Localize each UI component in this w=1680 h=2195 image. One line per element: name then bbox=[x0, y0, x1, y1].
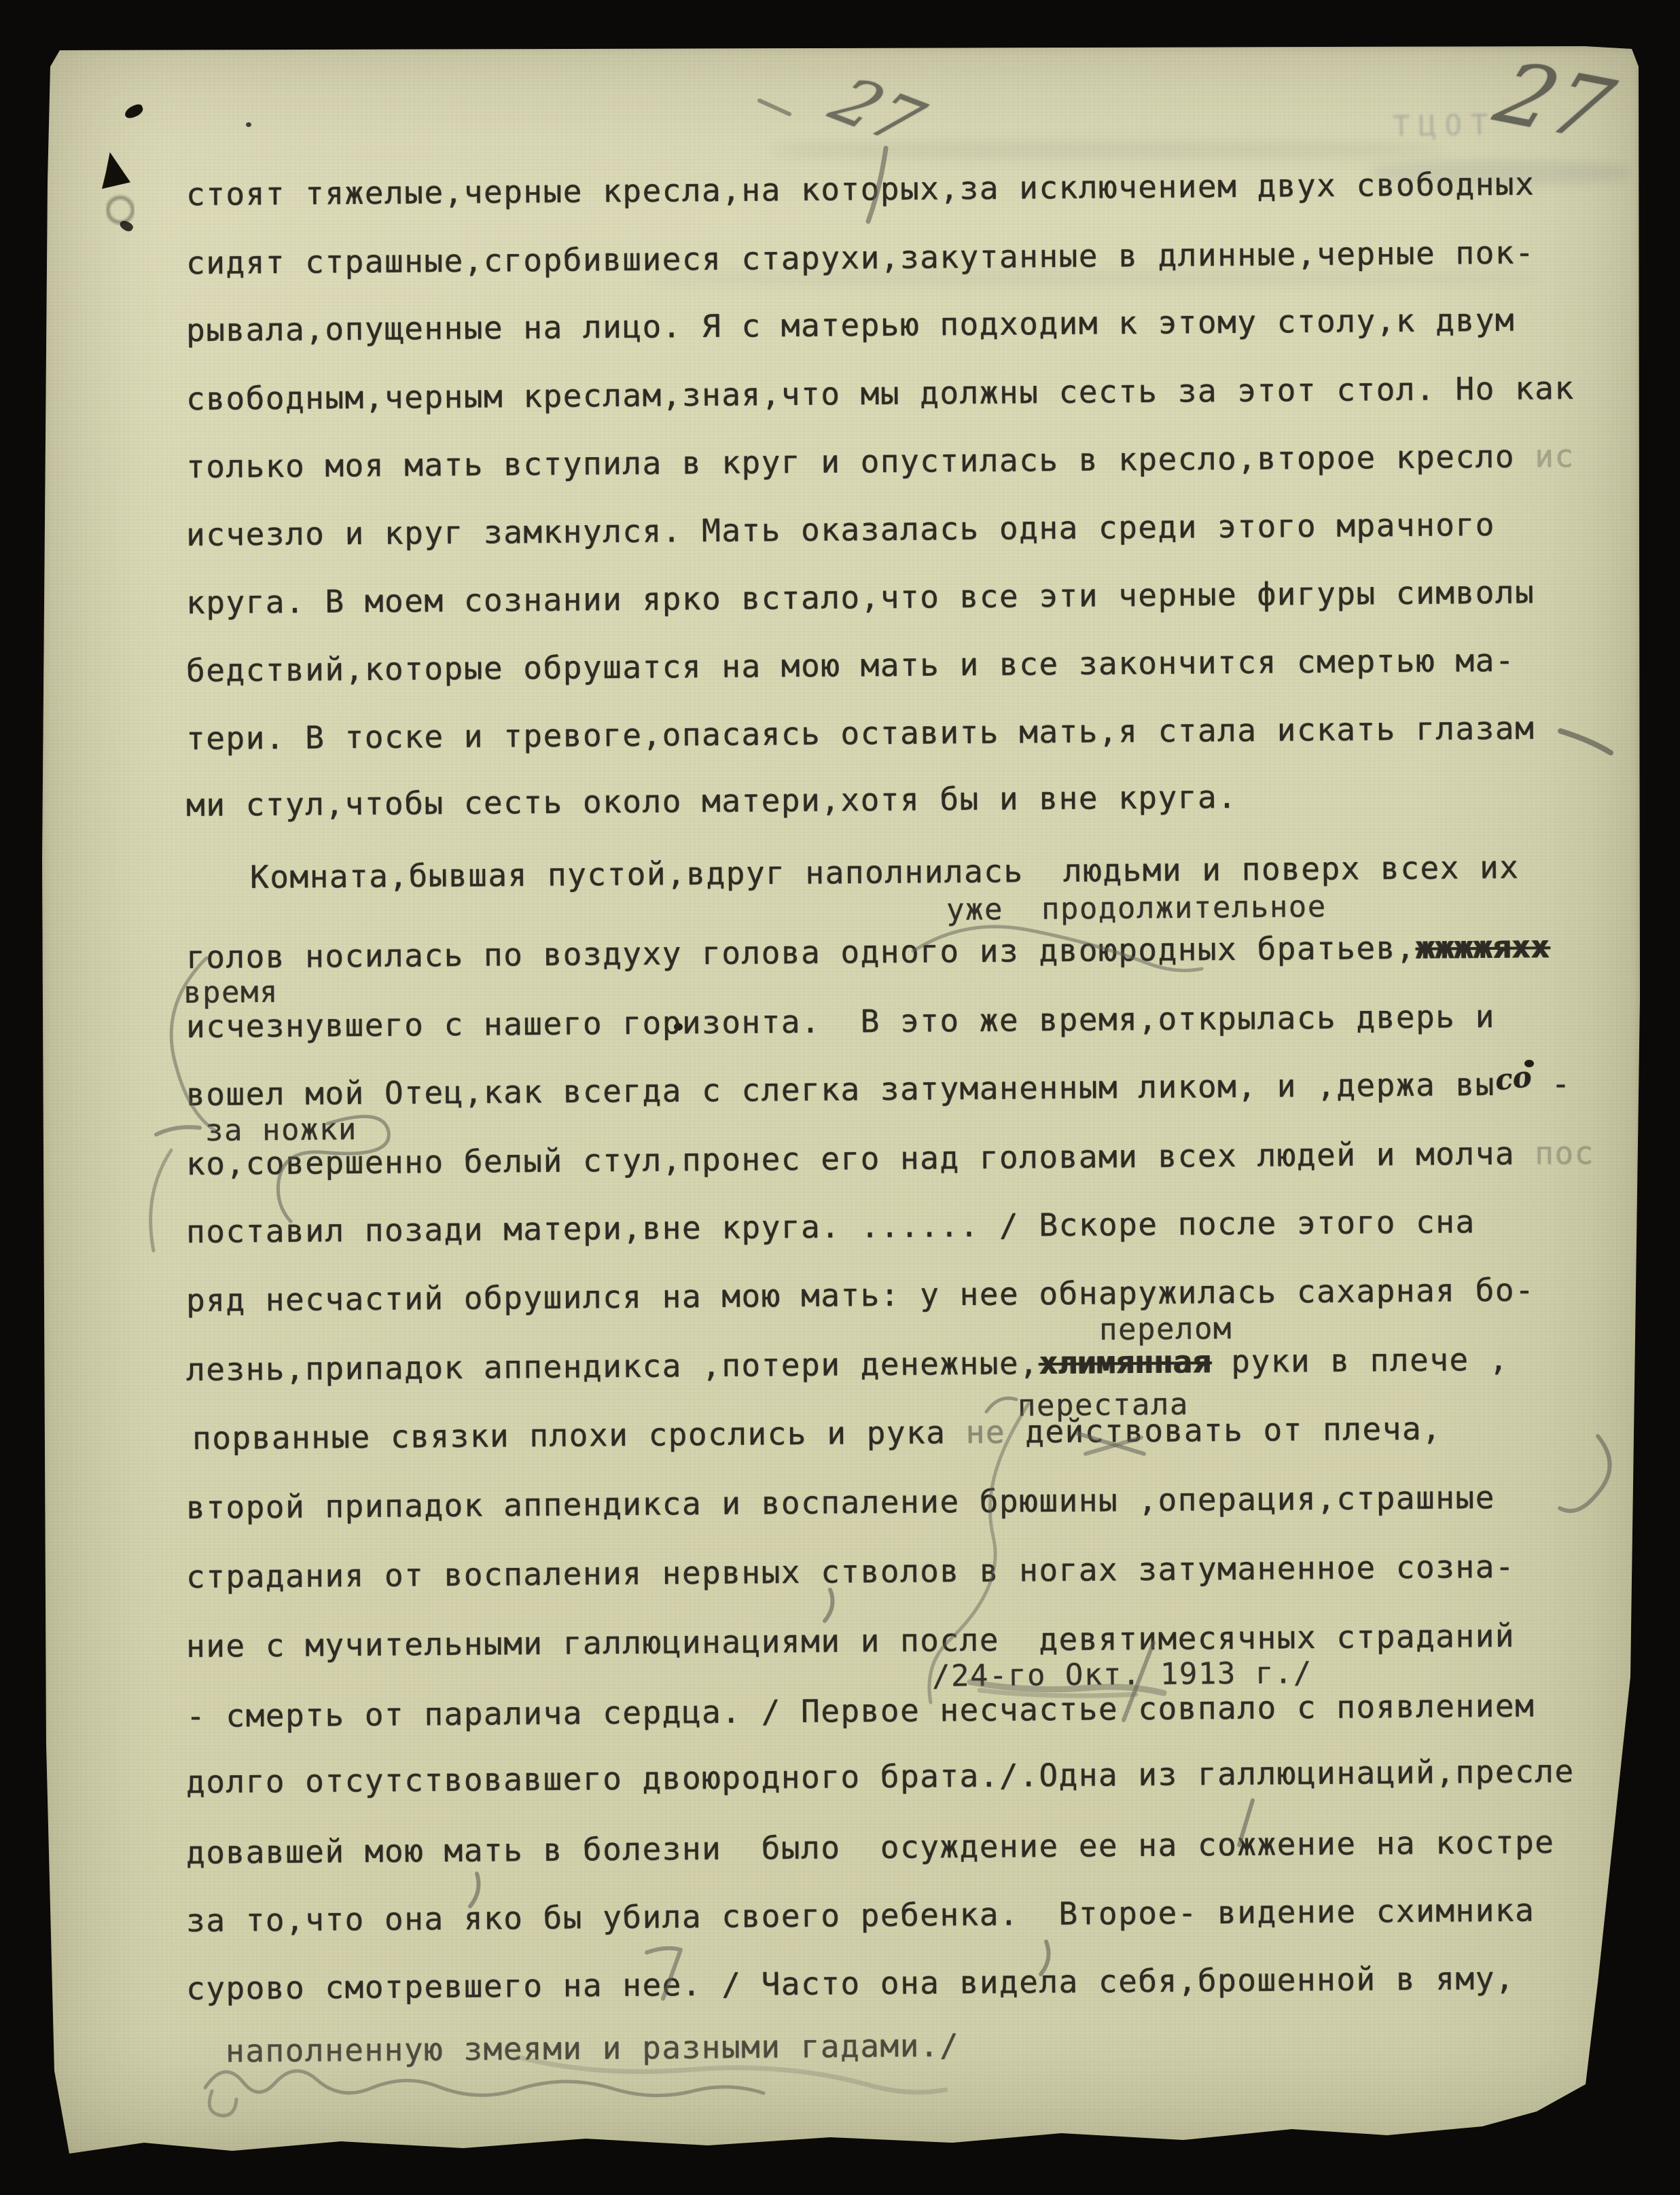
typed-line-15: ко,совершенно белый стул,пронес его над … bbox=[186, 1137, 1594, 1179]
insertion-legs: за ножки bbox=[205, 1115, 357, 1146]
typed-line-26: за то,что она яко бы убила своего ребенк… bbox=[186, 1894, 1535, 1936]
typed-line-10: ми стул,чтобы сесть около матери,хотя бы… bbox=[186, 781, 1238, 821]
typed-line-2: сидят страшные,сгорбившиеся старухи,заку… bbox=[186, 236, 1535, 279]
pencil-dash-after-glazam bbox=[1560, 731, 1611, 753]
insertion-duration: уже продолжительное bbox=[946, 892, 1327, 925]
typed-strikeout: хлимянная bbox=[1039, 1343, 1211, 1381]
typed-line-8: бедствий,которые обрушатся на мою мать и… bbox=[186, 645, 1515, 686]
typed-line-16: поставил позади матери,вне круга. ......… bbox=[186, 1206, 1476, 1247]
pencil-scribble-bottom-3 bbox=[209, 2091, 236, 2116]
ink-blot-ring bbox=[106, 194, 135, 226]
ink-blot-comma bbox=[123, 103, 145, 120]
pencil-tick-top bbox=[759, 101, 789, 114]
ghost-stamp: ТЦОТ bbox=[1393, 108, 1497, 143]
typed-line-9: тери. В тоске и тревоге,опасаясь оставит… bbox=[186, 712, 1535, 754]
typed-line-24: долго отсутствовавшего двоюродного брата… bbox=[186, 1755, 1575, 1798]
pencil-curl-left-margin bbox=[151, 1150, 171, 1251]
pencil-caret-perestala bbox=[986, 1398, 1016, 1412]
insertion-time: время bbox=[183, 978, 279, 1008]
typed-line-4: свободным,черным креслам,зная,что мы дол… bbox=[186, 372, 1575, 414]
paper-sheet: 27 27 ТЦОТ стоят тяжелые,черные кресла,н… bbox=[42, 46, 1640, 2158]
pencil-scribble-bottom-1 bbox=[205, 2071, 764, 2095]
typed-line-3: рывала,опущенные на лицо. Я с матерью по… bbox=[186, 304, 1515, 346]
typed-line-5: только моя мать вступила в круг и опусти… bbox=[186, 440, 1575, 482]
pencil-swirl-plecha bbox=[1560, 1436, 1610, 1511]
typed-strikeout: жжжжяхх bbox=[1416, 928, 1550, 966]
faint-line-tail: пос bbox=[1535, 1135, 1594, 1172]
typed-line-1: стоят тяжелые,черные кресла,на которых,з… bbox=[186, 168, 1535, 210]
insertion-fracture: перелом bbox=[1099, 1314, 1232, 1345]
page-number-center: 27 bbox=[817, 64, 937, 159]
insertion-date: /24-го Окт. 1913 г./ bbox=[932, 1658, 1312, 1692]
typed-line-20: второй припадок аппендикса и воспаление … bbox=[186, 1482, 1495, 1523]
archival-scan-background: { "page": { "page_number_center": "27", … bbox=[0, 0, 1680, 2195]
ink-dot-top bbox=[246, 122, 251, 127]
typed-line-18: лезнь,припадок аппендикса ,потери денежн… bbox=[186, 1344, 1509, 1385]
pencil-comma-nogakh bbox=[825, 1590, 833, 1621]
typed-line-27: сурово смотревшего на нее. / Часто она в… bbox=[186, 1963, 1515, 2004]
typed-line-28: наполненную змеями и разными гадами./ bbox=[226, 2030, 960, 2067]
typed-line-25: довавшей мою мать в болезни было осужден… bbox=[186, 1826, 1555, 1868]
typed-line-7: круга. В моем сознании ярко встало,что в… bbox=[186, 576, 1535, 618]
typed-line-22: ние с мучительными галлюцинациями и посл… bbox=[186, 1620, 1515, 1662]
typed-line-11: Комната,бывшая пустой,вдруг наполнилась … bbox=[250, 851, 1520, 893]
pencil-dash-za-nozhki bbox=[156, 1127, 200, 1135]
typed-line-6: исчезло и круг замкнулся. Мать оказалась… bbox=[186, 509, 1495, 550]
handwritten-correction-so: со bbox=[1494, 1063, 1533, 1095]
typed-line-12: голов носилась по воздуху голова одного … bbox=[186, 931, 1550, 973]
typed-line-17: ряд несчастий обрушился на мою мать: у н… bbox=[186, 1274, 1535, 1316]
pencil-struck-word: не bbox=[965, 1414, 1005, 1450]
typed-line-14: вошел мой Отец,как всегда с слегка затум… bbox=[186, 1068, 1571, 1110]
page-number-corner: 27 bbox=[1484, 43, 1625, 159]
faint-line-tail: ис bbox=[1535, 438, 1575, 474]
typed-line-19: порванные связки плохи срослись и рука н… bbox=[192, 1413, 1442, 1454]
typed-line-13: исчезнувшего с нашего горизонта. В это ж… bbox=[186, 1001, 1495, 1042]
ink-blot-small bbox=[118, 219, 135, 234]
ink-blot-triangle bbox=[102, 152, 130, 189]
typed-line-23: - смерть от паралича сердца. / Первое не… bbox=[186, 1690, 1535, 1732]
typed-line-21: страдания от воспаления нервных стволов … bbox=[186, 1551, 1515, 1592]
